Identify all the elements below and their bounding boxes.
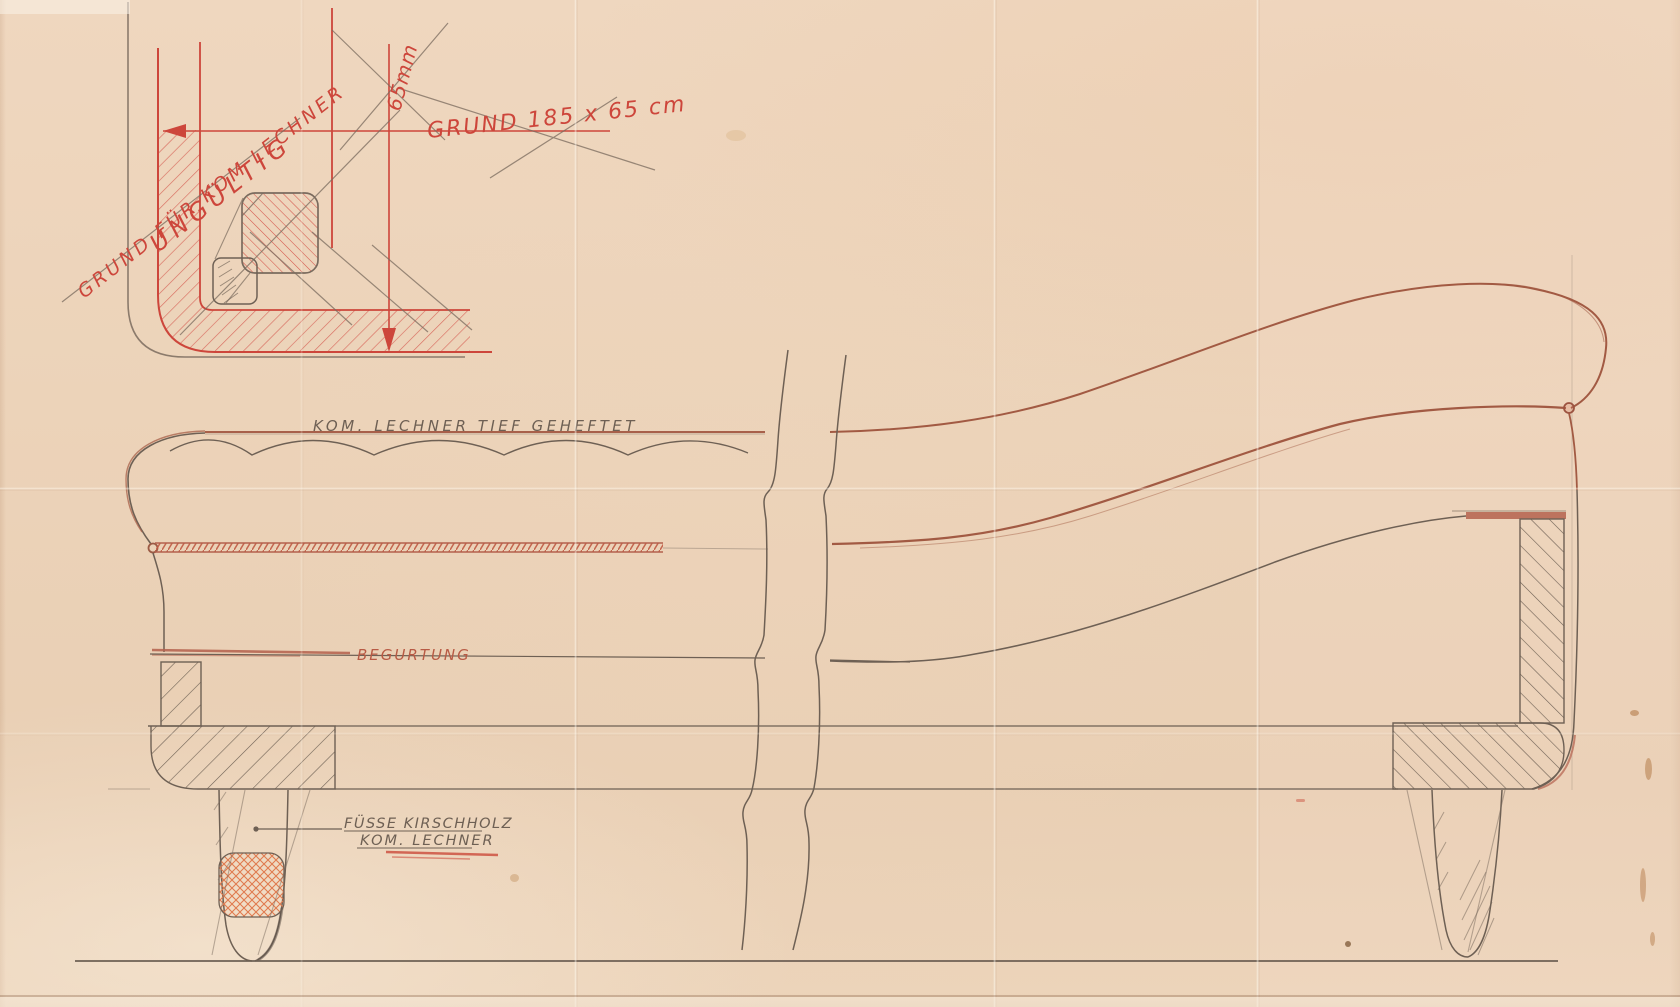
left-foot-orange-pad: [219, 853, 284, 917]
feet-note-line2-text: KOM. LECHNER: [360, 833, 495, 849]
right-frame-rail-section: [1393, 723, 1564, 789]
elevation-left-section: [108, 431, 1518, 961]
welt-curve-right: [832, 406, 1566, 544]
right-edge-red: [1569, 413, 1577, 490]
right-edge-pencil: [1574, 490, 1578, 722]
left-frame-post-section: [161, 662, 201, 726]
backrest-top-curve-double: [1480, 284, 1604, 342]
welt-faint-continuation: [663, 548, 768, 549]
welt-cord-band: [155, 543, 663, 552]
tufting-note-text: KOM. LECHNER TIEF GEHEFTET: [313, 417, 638, 435]
feet-note-red-underline-1: [386, 852, 498, 855]
plan-ground-dimension-text: GRUND 185 x 65 cm: [426, 92, 688, 144]
feet-note-line1-text: FÜSSE KIRSCHHOLZ: [344, 814, 513, 832]
plan-construction-diagonals: [62, 23, 655, 335]
break-lines: [742, 350, 846, 950]
right-frame-post-section: [1520, 519, 1564, 723]
webbing-label-text: BEGURTUNG: [357, 646, 471, 664]
plan-detail-drawing: GRUND FÜR KOM LECHNER UNGÜLTIG 65mm GRUN…: [62, 2, 688, 357]
webbing-pencil-line: [150, 654, 910, 662]
plan-leg-shading: [218, 261, 238, 303]
left-front-edge: [153, 553, 164, 652]
elevation-right-section: [830, 255, 1606, 957]
left-frame-rail-section: [148, 726, 335, 789]
right-post-red-band: [1466, 512, 1566, 519]
break-line-left: [742, 350, 788, 950]
backrest-corner-button: [1564, 403, 1574, 413]
welt-curve-right-double: [860, 429, 1350, 548]
break-line-right: [793, 355, 846, 950]
plan-width-dimension-text: 65mm: [382, 41, 423, 113]
drawing-sheet: GRUND FÜR KOM LECHNER UNGÜLTIG 65mm GRUN…: [0, 0, 1680, 1007]
left-roll-red-accent: [126, 431, 205, 532]
furniture-drawing: GRUND FÜR KOM LECHNER UNGÜLTIG 65mm GRUN…: [0, 0, 1680, 1007]
tufting-scallops: [170, 440, 748, 455]
lower-upholstery-curve: [830, 516, 1466, 662]
webbing-red-stroke-1: [152, 650, 350, 653]
right-leg-left-edge: [1432, 790, 1468, 957]
backrest-top-curve: [830, 284, 1606, 432]
feet-note-red-underline-2: [392, 857, 470, 859]
